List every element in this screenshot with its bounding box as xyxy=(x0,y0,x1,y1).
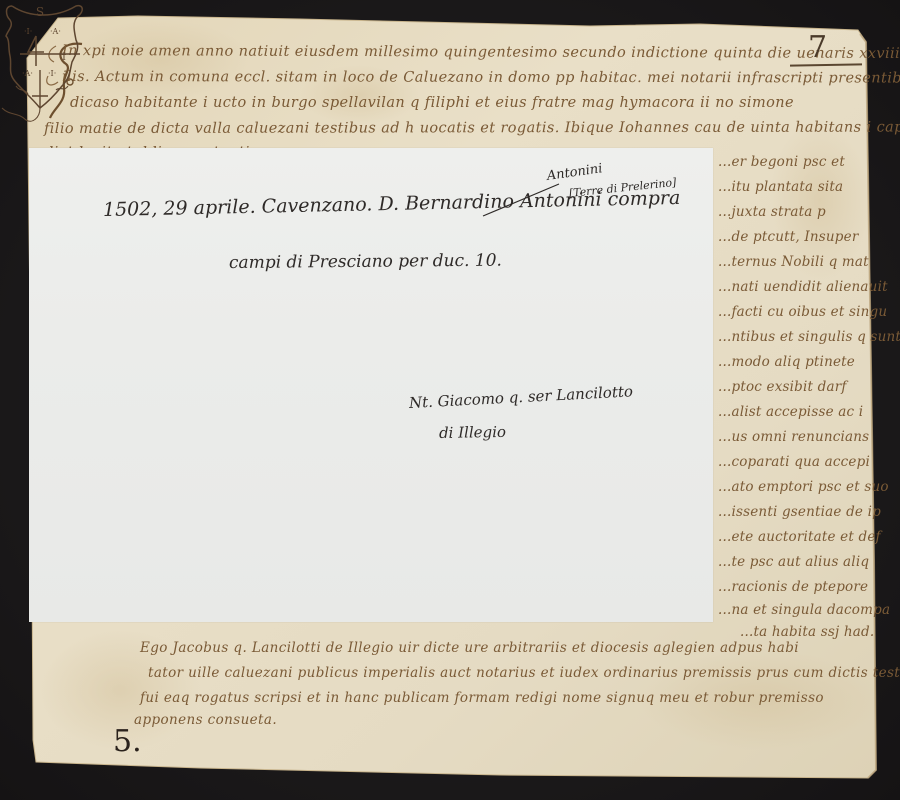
right-line: ...ntibus et singulis q sunt sup xyxy=(718,331,900,345)
right-line: ...na et singula dacompa xyxy=(718,604,890,618)
right-line: ...er begoni psc et xyxy=(718,156,845,170)
subscription-line-3: fui eaq rogatus scripsi et in hanc publi… xyxy=(140,692,824,706)
subscription-line-1: Ego Jacobus q. Lancilotti de Illegio uir… xyxy=(140,642,799,656)
svg-text:·I·: ·I· xyxy=(24,27,32,36)
note-summary-line-2: campi di Presciano per duc. 10. xyxy=(229,253,502,272)
right-line: ...nati uendidit alienauit xyxy=(718,281,888,295)
right-line: ...ptoc exsibit darf xyxy=(718,381,847,395)
archival-note-slip: 1502, 29 aprile. Cavenzano. D. Bernardin… xyxy=(29,148,713,622)
svg-text:I: I xyxy=(62,52,66,63)
right-line: ...facti cu oibus et singu xyxy=(718,306,887,320)
notary-signum-icon: S ·I· ·A· I ·A· ·I· xyxy=(0,0,90,130)
right-line: ...juxta strata p xyxy=(718,206,826,220)
svg-text:·A·: ·A· xyxy=(50,27,61,36)
svg-text:S: S xyxy=(36,5,44,19)
right-line: ...itu plantata sita xyxy=(718,181,843,195)
right-line: ...modo aliq ptinete xyxy=(718,356,855,370)
right-line: ...ete auctoritate et def xyxy=(718,531,881,545)
right-line: ...coparati qua accepi xyxy=(718,456,870,470)
note-notary-signature-2: di Illegio xyxy=(439,425,506,441)
subscription-line-2: tator uille caluezani publicus imperiali… xyxy=(148,667,900,681)
right-line: ...issenti gsentiae de ip xyxy=(718,506,881,520)
right-line: ...ternus Nobili q mat xyxy=(718,256,869,270)
manuscript-line-2: ilis. Actum in comuna eccl. sitam in loc… xyxy=(62,70,900,86)
manuscript-line-1: In xpi noie amen anno natiuit eiusdem mi… xyxy=(62,44,900,62)
svg-text:·A·: ·A· xyxy=(22,69,33,78)
right-line: ...de ptcutt, Insuper xyxy=(718,231,859,245)
note-notary-signature-1: Nt. Giacomo q. ser Lancilotto xyxy=(409,384,634,411)
right-line: ...ato emptori psc et suo xyxy=(718,481,889,495)
right-line: ...te psc aut alius aliq xyxy=(718,556,869,570)
stamp-number: 5. xyxy=(113,724,142,759)
right-line: ...ta habita ssj had. xyxy=(740,626,874,640)
subscription-line-4: apponens consueta. xyxy=(134,714,277,728)
correction-stroke xyxy=(479,180,569,220)
manuscript-line-3: dicaso habitante i ucto in burgo spellav… xyxy=(70,96,794,111)
svg-text:·I·: ·I· xyxy=(48,69,56,78)
right-line: ...us omni renuncians xyxy=(718,431,869,445)
right-line: ...racionis de ptepore xyxy=(718,581,868,595)
folio-number: 7 xyxy=(808,30,827,65)
right-line: ...alist accepisse ac i xyxy=(718,406,863,420)
manuscript-line-4: filio matie de dicta valla caluezani tes… xyxy=(44,120,900,136)
